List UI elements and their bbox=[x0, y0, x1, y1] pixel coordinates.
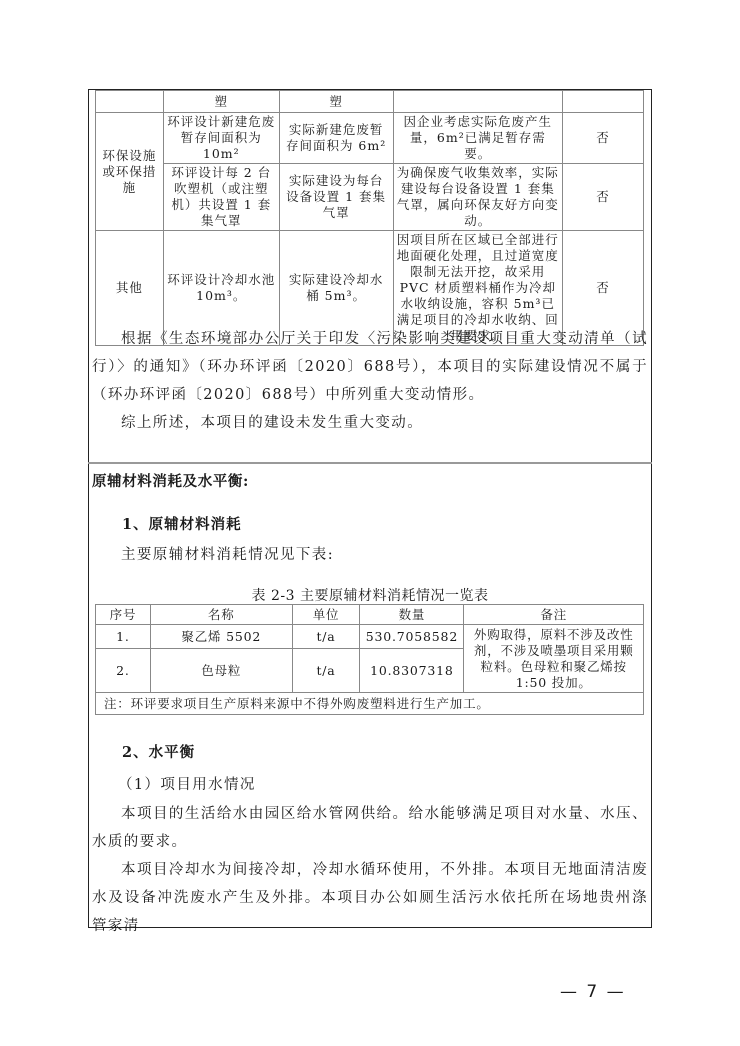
table-caption: 表 2-3 主要原辅材料消耗情况一览表 bbox=[88, 585, 652, 605]
change-comparison-table: 塑 塑 环保设施或环保措施 环评设计新建危废暂存间面积为 10m² 实际新建危废… bbox=[95, 90, 644, 346]
water-usage-heading: （1）项目用水情况 bbox=[118, 771, 648, 799]
table-cell bbox=[393, 91, 563, 113]
unit-cell: t/a bbox=[292, 625, 360, 649]
table-note-row: 注：环评要求项目生产原料来源中不得外购废塑料进行生产加工。 bbox=[96, 693, 644, 715]
subsection-title-water: 2、水平衡 bbox=[122, 741, 195, 762]
no-cell: 2. bbox=[96, 649, 151, 693]
reason-cell: 为确保废气收集效率，实际建设每台设备设置 1 套集气罩，属向环保友好方向变动。 bbox=[393, 164, 563, 231]
reason-cell: 因企业考虑实际危废产生量，6m²已满足暂存需要。 bbox=[393, 113, 563, 164]
header-cell: 备注 bbox=[464, 605, 644, 625]
eia-cell: 环评设计新建危废暂存间面积为 10m² bbox=[163, 113, 279, 164]
header-cell: 序号 bbox=[96, 605, 151, 625]
table-row: 塑 塑 bbox=[96, 91, 644, 113]
table-row: 1. 聚乙烯 5502 t/a 530.7058582 外购取得，原料不涉及改性… bbox=[96, 625, 644, 649]
qty-cell: 530.7058582 bbox=[360, 625, 464, 649]
actual-cell: 实际新建危废暂存间面积为 6m² bbox=[279, 113, 393, 164]
header-cell: 数量 bbox=[360, 605, 464, 625]
section-title: 原辅材料消耗及水平衡: bbox=[92, 470, 249, 491]
note-cell: 注：环评要求项目生产原料来源中不得外购废塑料进行生产加工。 bbox=[96, 693, 644, 715]
no-cell: 1. bbox=[96, 625, 151, 649]
water-paragraph-2: 本项目冷却水为间接冷却，冷却水循环使用，不外排。本项目无地面清洁废水及设备冲洗废… bbox=[92, 856, 648, 940]
header-cell: 单位 bbox=[292, 605, 360, 625]
major-change-cell: 否 bbox=[563, 113, 644, 164]
unit-cell: t/a bbox=[292, 649, 360, 693]
table-header-row: 序号 名称 单位 数量 备注 bbox=[96, 605, 644, 625]
materials-table: 序号 名称 单位 数量 备注 1. 聚乙烯 5502 t/a 530.70585… bbox=[95, 604, 644, 715]
table-cell bbox=[96, 91, 164, 113]
table-row: 环保设施或环保措施 环评设计新建危废暂存间面积为 10m² 实际新建危废暂存间面… bbox=[96, 113, 644, 164]
regulation-paragraph: 根据《生态环境部办公厅关于印发〈污染影响类建设项目重大变动清单（试行）〉的通知》… bbox=[92, 325, 648, 409]
conclusion-paragraph: 综上所述，本项目的建设未发生重大变动。 bbox=[92, 409, 648, 437]
actual-cell: 实际建设为每台设备设置 1 套集气罩 bbox=[279, 164, 393, 231]
materials-intro: 主要原辅材料消耗情况见下表: bbox=[92, 541, 648, 569]
water-paragraph-1: 本项目的生活给水由园区给水管网供给。给水能够满足项目对水量、水压、水质的要求。 bbox=[92, 800, 648, 856]
table-cell: 塑 bbox=[163, 91, 279, 113]
remark-cell: 外购取得，原料不涉及改性剂，不涉及喷墨项目采用颗粒料。色母粒和聚乙烯按1:50 … bbox=[464, 625, 644, 693]
name-cell: 色母粒 bbox=[150, 649, 292, 693]
table-cell bbox=[563, 91, 644, 113]
eia-cell: 环评设计每 2 台吹塑机（或注塑机）共设置 1 套集气罩 bbox=[163, 164, 279, 231]
qty-cell: 10.8307318 bbox=[360, 649, 464, 693]
category-cell: 环保设施或环保措施 bbox=[96, 113, 164, 231]
name-cell: 聚乙烯 5502 bbox=[150, 625, 292, 649]
table-row: 环评设计每 2 台吹塑机（或注塑机）共设置 1 套集气罩 实际建设为每台设备设置… bbox=[96, 164, 644, 231]
header-cell: 名称 bbox=[150, 605, 292, 625]
table-cell: 塑 bbox=[279, 91, 393, 113]
major-change-cell: 否 bbox=[563, 164, 644, 231]
page-number: — 7 — bbox=[560, 982, 626, 1002]
section-divider bbox=[88, 462, 652, 464]
subsection-title-materials: 1、原辅材料消耗 bbox=[122, 513, 242, 534]
